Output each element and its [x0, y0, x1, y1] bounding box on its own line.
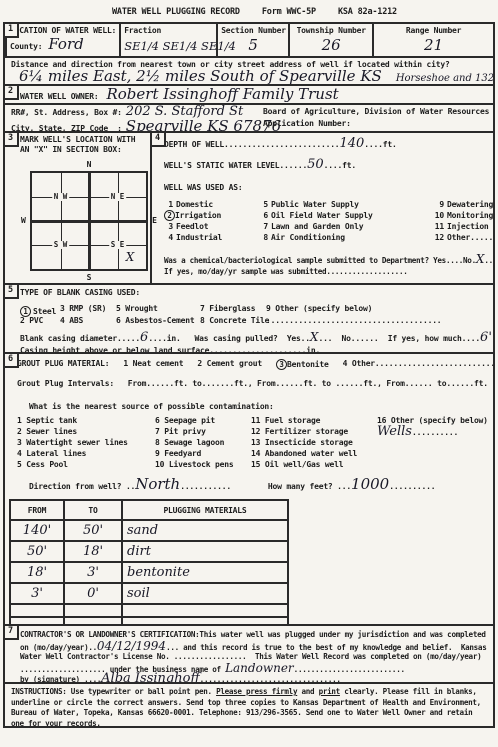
contam-cess-pool: 5 Cess Pool	[17, 460, 155, 471]
cell-from: 18'	[10, 562, 64, 583]
other-casing-dots: ......................................	[266, 316, 491, 326]
plugging-table: FROM TO PLUGGING MATERIALS 140' 50' sand…	[9, 499, 289, 626]
sample-question: Was a chemical/bacteriological sample su…	[164, 256, 476, 266]
contam-sewage-lagoon: 8 Sewage lagoon	[155, 438, 251, 449]
cell-to: 50'	[64, 520, 122, 541]
option-bentonite-circled: 3Bentonite	[276, 359, 329, 370]
business-name-value: Landowner	[225, 663, 294, 673]
option-grout-other: 4 Other.............................	[343, 359, 495, 369]
section-1-badge: 1	[5, 24, 19, 38]
section-number-cell: Section Number 5	[216, 24, 288, 56]
quadrant-ne-label: N E	[109, 193, 127, 201]
cell-from: 50'	[10, 541, 64, 562]
feet-gap	[231, 482, 268, 492]
agency-label: Board of Agriculture, Division of Water …	[263, 107, 489, 117]
section-2-badge: 2	[5, 86, 19, 100]
option-dewatering: Dewatering	[447, 200, 493, 210]
option-cement-grout: 2 Cement grout	[197, 359, 262, 369]
depth-value: 140	[339, 139, 364, 149]
contam-insecticide-storage: 13 Insecticide storage	[251, 438, 377, 449]
depth-unit: ....ft.	[364, 140, 396, 150]
section-3-title-line1: MARK WELL'S LOCATION WITH	[20, 135, 148, 145]
option-industrial: Industrial	[176, 233, 222, 243]
how-much-dots: .....	[492, 334, 495, 344]
cell-from: 3'	[10, 583, 64, 604]
township-label: Township Number	[293, 26, 369, 36]
county-value: Ford	[48, 39, 83, 49]
option-other-casing: 9 Other (specify below)	[266, 304, 491, 314]
cell-material: bentonite	[122, 562, 288, 583]
option-pvc: 2 PVC	[20, 316, 60, 326]
used-as-title: WELL WAS USED AS:	[164, 183, 495, 193]
feet-value: 1000	[351, 479, 389, 489]
sections-3-4: 3 MARK WELL'S LOCATION WITH AN "X" IN SE…	[3, 131, 495, 285]
option-wrought: 5 Wrought	[116, 304, 200, 314]
county-label: County:	[10, 42, 42, 52]
table-row: 18' 3' bentonite	[10, 562, 288, 583]
fraction-value: SE1/4 SE1/4 SE1/4	[124, 41, 213, 51]
section-4-well-info: 4 DEPTH OF WELL.........................…	[150, 133, 495, 283]
section-7-certification: 7 CONTRACTOR'S OR LANDOWNER'S CERTIFICAT…	[3, 624, 495, 684]
cell-to: 0'	[64, 583, 122, 604]
distance-note: Horseshoe and 132 Rd	[396, 74, 495, 84]
contam-seepage-pit: 6 Seepage pit	[155, 416, 251, 427]
option-num: 7	[259, 222, 268, 232]
application-number-label: Application Number:	[263, 119, 489, 129]
grout-intervals-label: Grout Plug Intervals: From......ft. to..…	[17, 379, 493, 389]
option-num: 12	[431, 233, 444, 243]
contam-lateral-lines: 4 Lateral lines	[17, 449, 155, 460]
col-header-from: FROM	[10, 500, 64, 520]
static-level-label: WELL'S STATIC WATER LEVEL......	[164, 161, 307, 171]
option-num: 5	[259, 200, 268, 210]
range-label: Range Number	[377, 26, 490, 36]
distance-row: Distance and direction from nearest town…	[3, 56, 495, 86]
cell-from: 140'	[10, 520, 64, 541]
table-row: 140' 50' sand	[10, 520, 288, 541]
instructions-box: INSTRUCTIONS: Use typewriter or ball poi…	[3, 682, 495, 728]
underlined-print: print	[319, 687, 340, 696]
section-number-value: 5	[221, 40, 285, 50]
diameter-value: 6	[140, 333, 148, 343]
contam-abandoned-well: 14 Abandoned water well	[251, 449, 377, 460]
option-rmp: 3 RMP (SR)	[60, 304, 116, 314]
owner-value: Robert Issinghoff Family Trust	[106, 89, 338, 99]
col-header-to: TO	[64, 500, 122, 520]
option-neat-cement: 1 Neat cement	[123, 359, 183, 369]
option-num: 1	[164, 200, 173, 210]
cell-material: soil	[122, 583, 288, 604]
option-num: 3	[164, 222, 173, 232]
direction-value: North	[135, 479, 180, 489]
option-lawn-garden: Lawn and Garden Only	[271, 222, 363, 232]
option-num: 9	[431, 200, 444, 210]
compass-north-label: N	[87, 161, 92, 169]
section-3-location-grid: 3 MARK WELL'S LOCATION WITH AN "X" IN SE…	[5, 133, 150, 283]
direction-dots: ...........	[180, 482, 231, 492]
compass-south-label: S	[87, 274, 92, 282]
table-header-row: FROM TO PLUGGING MATERIALS	[10, 500, 288, 520]
contam-watertight-sewer: 3 Watertight sewer lines	[17, 438, 155, 449]
option-num: 11	[431, 222, 444, 232]
quadrant-nw-label: N W	[52, 193, 70, 201]
option-num: 4	[164, 233, 173, 243]
ksa-number: KSA 82a-1212	[338, 7, 397, 17]
address-value: 202 S. Stafford St	[126, 107, 243, 117]
cell-to: 3'	[64, 562, 122, 583]
option-abs: 4 ABS	[60, 316, 116, 326]
range-cell: Range Number 21	[372, 24, 493, 56]
option-air-conditioning: Air Conditioning	[271, 233, 345, 243]
section-6-badge: 6	[5, 354, 19, 368]
depth-label: DEPTH OF WELL.........................	[164, 140, 339, 150]
form-title: WATER WELL PLUGGING RECORD	[112, 7, 240, 17]
section-7-badge: 7	[5, 626, 19, 640]
cell-from	[10, 604, 64, 617]
quadrant-se-label: S E	[109, 241, 127, 249]
grout-material-label: GROUT PLUG MATERIAL:	[17, 359, 109, 369]
range-value: 21	[377, 40, 490, 50]
option-asbestos: 6 Asbestos-Cement	[116, 316, 200, 326]
section-number-label: Section Number	[221, 26, 285, 36]
static-level-value: 50	[307, 160, 324, 170]
cell-material	[122, 604, 288, 617]
option-injection: Injection Well	[447, 222, 495, 232]
table-row-empty	[10, 604, 288, 617]
casing-pulled-label-end: ... No......	[318, 334, 387, 344]
section-5-badge: 5	[5, 285, 19, 299]
sample-question-end: ..	[484, 256, 493, 266]
diameter-unit: ....in.	[148, 334, 194, 344]
grid-line	[32, 220, 146, 223]
grid-line	[32, 197, 146, 198]
owner-label: WATER WELL OWNER:	[20, 92, 98, 102]
compass-west-label: W	[21, 217, 26, 225]
option-public-water: Public Water Supply	[271, 200, 359, 210]
section-3-badge: 3	[5, 133, 19, 147]
contamination-options: 1 Septic tank 2 Sewer lines 3 Watertight…	[17, 416, 493, 471]
cell-material: sand	[122, 520, 288, 541]
contam-fertilizer-storage: 12 Fertilizer storage	[251, 427, 377, 438]
static-level-unit: ....ft.	[324, 161, 356, 171]
contam-livestock-pens: 10 Livestock pens	[155, 460, 251, 471]
instructions-text: INSTRUCTIONS: Use typewriter or ball poi…	[11, 687, 488, 728]
contam-other-dots: ..........	[412, 428, 458, 438]
section-6-grout: 6 GROUT PLUG MATERIAL: 1 Neat cement 2 C…	[3, 352, 495, 626]
feet-label: How many feet? ...	[268, 482, 351, 492]
option-fiberglass: 7 Fiberglass	[200, 304, 266, 314]
casing-pulled-label: Was casing pulled? Yes..	[194, 334, 309, 344]
option-feedlot: Feedlot	[176, 222, 208, 232]
quadrant-sw-label: S W	[52, 241, 70, 249]
contam-sewer-lines: 2 Sewer lines	[17, 427, 155, 438]
underlined-press-firmly: Please press firmly	[216, 687, 297, 696]
diameter-label: Blank casing diameter.....	[20, 334, 140, 344]
distance-value: 6¼ miles East, 2½ miles South of Spearvi…	[19, 71, 382, 81]
cell-to: 18'	[64, 541, 122, 562]
form-number: Form WWC-5P	[262, 7, 316, 17]
cert-line1: CONTRACTOR'S OR LANDOWNER'S CERTIFICATIO…	[20, 630, 486, 640]
location-cell: LOCATION OF WATER WELL: County: Ford	[5, 24, 119, 56]
cell-material: dirt	[122, 541, 288, 562]
table-row: 3' 0' soil	[10, 583, 288, 604]
option-domestic: Domestic	[176, 200, 213, 210]
option-other: Other...................	[447, 233, 495, 243]
section-1-location: 1 LOCATION OF WATER WELL: County: Ford F…	[3, 22, 495, 58]
section-5-title: TYPE OF BLANK CASING USED:	[20, 288, 491, 298]
option-num: 8	[259, 233, 268, 243]
contam-pit-privy: 7 Pit privy	[155, 427, 251, 438]
section-4-badge: 4	[152, 133, 166, 147]
option-num: 10	[431, 211, 444, 221]
feet-dots: ..........	[389, 482, 435, 492]
contam-oil-gas-well: 15 Oil well/Gas well	[251, 460, 377, 471]
used-as-options: 1Domestic 2Irrigation 3Feedlot 4Industri…	[164, 199, 495, 243]
address-row: RR#, St. Address, Box #: 202 S. Stafford…	[3, 103, 495, 133]
cell-to	[64, 604, 122, 617]
cert-line4-post: ..........................	[294, 665, 405, 675]
direction-label: Direction from well? ..	[29, 482, 135, 492]
contamination-title: What is the nearest source of possible c…	[29, 402, 493, 412]
well-location-x-mark: X	[126, 252, 135, 262]
option-irrigation-circled: 2	[164, 210, 175, 221]
contam-feedyard: 9 Feedyard	[155, 449, 251, 460]
option-concrete-tile: 8 Concrete Tile	[200, 316, 266, 326]
grid-line	[32, 245, 146, 246]
contam-other-value: Wells	[377, 427, 412, 437]
section-2-owner: 2 WATER WELL OWNER: Robert Issinghoff Fa…	[3, 84, 495, 105]
city-value: Spearville KS 67876	[126, 121, 281, 131]
option-oil-field: Oil Field Water Supply	[271, 211, 373, 221]
fraction-cell: Fraction SE1/4 SE1/4 SE1/4	[119, 24, 216, 56]
section-location-grid: N W N E S W S E N S W E X	[30, 171, 148, 271]
contam-fuel-storage: 11 Fuel storage	[251, 416, 377, 427]
address-label: RR#, St. Address, Box #:	[11, 108, 122, 118]
completion-date-value: 04/12/1994	[97, 641, 166, 651]
section-5-casing: 5 TYPE OF BLANK CASING USED: 1Steel 3 RM…	[3, 283, 495, 354]
col-header-materials: PLUGGING MATERIALS	[122, 500, 288, 520]
township-cell: Township Number 26	[288, 24, 372, 56]
option-monitoring: Monitoring Well	[447, 211, 495, 221]
how-much-value: 6'	[480, 333, 492, 343]
section-3-title-line2: AN "X" IN SECTION BOX:	[20, 145, 148, 155]
how-much-label: If yes, how much....	[388, 334, 480, 344]
option-num: 6	[259, 211, 268, 221]
form-body: 1 LOCATION OF WATER WELL: County: Ford F…	[3, 24, 495, 728]
casing-pulled-yes-mark: X	[310, 332, 319, 342]
township-value: 26	[293, 40, 369, 50]
fraction-label: Fraction	[124, 26, 213, 36]
contam-septic-tank: 1 Septic tank	[17, 416, 155, 427]
sample-date-line: If yes, mo/day/yr sample was submitted..…	[164, 267, 495, 277]
table-row: 50' 18' dirt	[10, 541, 288, 562]
option-irrigation: Irrigation	[175, 211, 221, 221]
form-header: WATER WELL PLUGGING RECORD Form WWC-5P K…	[0, 0, 498, 24]
sample-no-mark: X	[476, 254, 485, 264]
